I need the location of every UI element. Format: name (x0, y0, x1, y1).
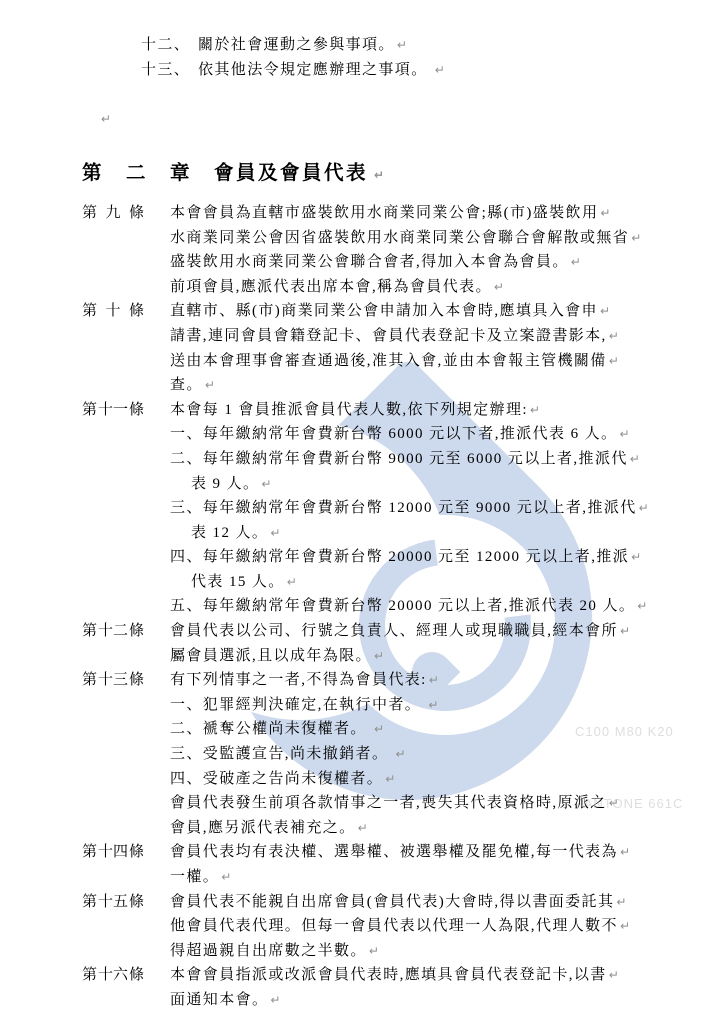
article-lines: 有下列情事之一者,不得為會員代表:↵一、犯罪經判決確定,在執行中者。 ↵二、褫奪… (170, 668, 705, 840)
document-content: 十二、關於社會運動之參與事項。↵十三、依其他法令規定應辦理之事項。 ↵ ↵ 第 … (0, 0, 705, 1013)
article: 第十五條會員代表不能親自出席會員(會員代表)大會時,得以書面委託其↵他會員代表代… (82, 890, 705, 964)
body-line: 面通知本會。↵ (170, 988, 705, 1013)
article-label: 第十六條 (82, 963, 144, 988)
body-line-text: 本會會員指派或改派會員代表時,應填具會員代表登記卡,以書 (170, 967, 607, 983)
articles-section: 第九條本會會員為直轄市盛裝飲用水商業同業公會;縣(市)盛裝飲用↵水商業同業公會因… (82, 201, 705, 1013)
return-mark-icon: ↵ (616, 895, 626, 909)
body-line: 本會會員為直轄市盛裝飲用水商業同業公會;縣(市)盛裝飲用↵ (170, 201, 705, 226)
article-lines: 直轄市、縣(市)商業同業公會申請加入本會時,應填具入會申↵請書,連同會員會籍登記… (170, 299, 705, 397)
body-line-text: 有下列情事之一者,不得為會員代表: (170, 672, 427, 688)
return-mark-icon: ↵ (620, 919, 630, 933)
body-line-text: 會員代表不能親自出席會員(會員代表)大會時,得以書面委託其 (170, 894, 614, 910)
article-lines: 會員代表不能親自出席會員(會員代表)大會時,得以書面委託其↵他會員代表代理。但每… (170, 890, 705, 964)
article-label-prefix: 第 (82, 398, 97, 423)
body-line-text: 查。 (170, 377, 203, 393)
return-mark-icon: ↵ (397, 38, 407, 52)
body-line-text: 表 9 人。 (191, 476, 259, 492)
body-line-text: 本會會員為直轄市盛裝飲用水商業同業公會;縣(市)盛裝飲用 (170, 205, 598, 221)
body-line-text: 會員代表發生前項各款情事之一者,喪失其代表資格時,原派之 (170, 795, 607, 811)
article-label-number: 十五 (98, 890, 128, 915)
body-line-text: 二、褫奪公權尚未復權者。 (170, 721, 372, 737)
article-label: 第十三條 (82, 668, 144, 693)
body-line: 一權。↵ (170, 865, 705, 890)
return-mark-icon: ↵ (630, 452, 640, 466)
preamble-item-number: 十二、 (141, 33, 198, 58)
article-label: 第十五條 (82, 890, 144, 915)
body-line: 一、犯罪經判決確定,在執行中者。 ↵ (170, 693, 705, 718)
return-mark-icon: ↵ (609, 968, 619, 982)
return-mark-icon: ↵ (600, 304, 610, 318)
body-line-text: 本會每 1 會員推派會員代表人數,依下列規定辦理: (170, 402, 528, 418)
return-mark-icon: ↵ (396, 747, 406, 761)
return-mark-icon: ↵ (571, 255, 581, 269)
preamble-item-number: 十三、 (141, 58, 198, 83)
body-line: 會員代表發生前項各款情事之一者,喪失其代表資格時,原派之↵ (170, 791, 705, 816)
return-mark-icon: ↵ (639, 501, 649, 515)
body-line-text: 一、每年繳納常年會費新台幣 6000 元以下者,推派代表 6 人。 (170, 426, 617, 442)
return-mark-icon: ↵ (600, 206, 610, 220)
document-page: C100 M80 K20 PANTONE 661C 十二、關於社會運動之參與事項… (0, 0, 705, 1030)
preamble-item: 十二、關於社會運動之參與事項。↵ (141, 33, 705, 58)
article-label-prefix: 第 (82, 668, 97, 693)
body-line-text: 二、每年繳納常年會費新台幣 9000 元至 6000 元以上者,推派代 (170, 451, 628, 467)
body-line: 二、每年繳納常年會費新台幣 9000 元至 6000 元以上者,推派代↵ (170, 447, 705, 472)
body-line: 送由本會理事會審查通過後,准其入會,並由本會報主管機關備↵ (170, 349, 705, 374)
return-mark-icon: ↵ (631, 231, 641, 245)
return-mark-icon: ↵ (270, 993, 280, 1007)
preamble-item-text: 關於社會運動之參與事項。 (198, 37, 395, 53)
article: 第十條直轄市、縣(市)商業同業公會申請加入本會時,應填具入會申↵請書,連同會員會… (82, 299, 705, 397)
body-line-text: 會員代表以公司、行號之負責人、經理人或現職職員,經本會所 (170, 623, 618, 639)
body-line: 三、每年繳納常年會費新台幣 12000 元至 9000 元以上者,推派代↵ (170, 496, 705, 521)
body-line: 代表 15 人。↵ (191, 570, 705, 595)
body-line-text: 三、每年繳納常年會費新台幣 12000 元至 9000 元以上者,推派代 (170, 500, 637, 516)
return-mark-icon: ↵ (374, 649, 384, 663)
article-lines: 會員代表均有表決權、選舉權、被選舉權及罷免權,每一代表為↵一權。↵ (170, 840, 705, 889)
body-line-text: 面通知本會。 (170, 992, 268, 1008)
preamble-list: 十二、關於社會運動之參與事項。↵十三、依其他法令規定應辦理之事項。 ↵ (82, 33, 705, 82)
body-line-text: 屬會員選派,且以成年為限。 (170, 648, 372, 664)
body-line: 四、受破產之告尚未復權者。↵ (170, 767, 705, 792)
return-mark-icon: ↵ (270, 526, 280, 540)
article: 第十三條有下列情事之一者,不得為會員代表:↵一、犯罪經判決確定,在執行中者。 ↵… (82, 668, 705, 840)
article-label-suffix: 條 (129, 398, 144, 423)
body-line-text: 一、犯罪經判決確定,在執行中者。 (170, 697, 426, 713)
body-line: 本會會員指派或改派會員代表時,應填具會員代表登記卡,以書↵ (170, 963, 705, 988)
article-label-prefix: 第 (82, 299, 97, 324)
body-line: 會員代表均有表決權、選舉權、被選舉權及罷免權,每一代表為↵ (170, 840, 705, 865)
return-mark-icon: ↵ (530, 403, 540, 417)
article-label-prefix: 第 (82, 890, 97, 915)
body-line: 二、褫奪公權尚未復權者。 ↵ (170, 717, 705, 742)
article-label: 第十一條 (82, 398, 144, 423)
return-mark-icon: ↵ (428, 698, 438, 712)
body-line: 會員代表不能親自出席會員(會員代表)大會時,得以書面委託其↵ (170, 890, 705, 915)
article-lines: 會員代表以公司、行號之負責人、經理人或現職職員,經本會所↵屬會員選派,且以成年為… (170, 619, 705, 668)
body-line-text: 四、每年繳納常年會費新台幣 20000 元至 12000 元以上者,推派 (170, 549, 629, 565)
return-mark-icon: ↵ (609, 354, 619, 368)
return-mark-icon: ↵ (435, 63, 445, 77)
return-mark-icon: ↵ (374, 722, 384, 736)
article-label-number: 十一 (98, 398, 128, 423)
body-line-text: 得超過親自出席數之半數。 (170, 943, 367, 959)
article-label-suffix: 條 (129, 619, 144, 644)
body-line: 本會每 1 會員推派會員代表人數,依下列規定辦理:↵ (170, 398, 705, 423)
return-mark-icon: ↵ (631, 550, 641, 564)
return-mark-icon: ↵ (609, 329, 619, 343)
article: 第九條本會會員為直轄市盛裝飲用水商業同業公會;縣(市)盛裝飲用↵水商業同業公會因… (82, 201, 705, 299)
article-lines: 本會每 1 會員推派會員代表人數,依下列規定辦理:↵一、每年繳納常年會費新台幣 … (170, 398, 705, 619)
body-line: 有下列情事之一者,不得為會員代表:↵ (170, 668, 705, 693)
return-mark-icon: ↵ (221, 870, 231, 884)
article: 第十六條本會會員指派或改派會員代表時,應填具會員代表登記卡,以書↵面通知本會。↵ (82, 963, 705, 1012)
body-line: 請書,連同會員會籍登記卡、會員代表登記卡及立案證書影本,↵ (170, 324, 705, 349)
article-label-number: 十六 (98, 963, 128, 988)
return-mark-icon: ↵ (620, 845, 630, 859)
body-line: 表 12 人。↵ (191, 521, 705, 546)
return-mark-icon: ↵ (637, 599, 647, 613)
chapter-heading: 第 二 章 會員及會員代表↵ (82, 159, 705, 190)
body-line-text: 盛裝飲用水商業同業公會聯合會者,得加入本會為會員。 (170, 254, 569, 270)
chapter-heading-text: 第 二 章 會員及會員代表 (82, 163, 368, 184)
empty-paragraph: ↵ (68, 82, 705, 156)
article-label: 第十二條 (82, 619, 144, 644)
body-line: 會員,應另派代表補充之。↵ (170, 816, 705, 841)
body-line: 查。↵ (170, 373, 705, 398)
article-label-number: 九 (105, 201, 120, 226)
preamble-item-text: 依其他法令規定應辦理之事項。 (198, 62, 433, 78)
return-mark-icon: ↵ (374, 168, 384, 182)
body-line: 水商業同業公會因省盛裝飲用水商業同業公會聯合會解散或無省↵ (170, 226, 705, 251)
article-label: 第九條 (82, 201, 144, 226)
article-label-number: 十三 (98, 668, 128, 693)
body-line: 前項會員,應派代表出席本會,稱為會員代表。↵ (170, 275, 705, 300)
article-label-number: 十四 (98, 840, 128, 865)
body-line: 盛裝飲用水商業同業公會聯合會者,得加入本會為會員。↵ (170, 250, 705, 275)
article-label-suffix: 條 (129, 963, 144, 988)
article-label-number: 十二 (98, 619, 128, 644)
article-label-prefix: 第 (82, 963, 97, 988)
article-label-prefix: 第 (82, 840, 97, 865)
body-line-text: 一權。 (170, 869, 219, 885)
article-label-suffix: 條 (129, 201, 144, 226)
body-line: 五、每年繳納常年會費新台幣 20000 元以上者,推派代表 20 人。↵ (170, 594, 705, 619)
body-line: 他會員代表代理。但每一會員代表以代理一人為限,代理人數不↵ (170, 914, 705, 939)
body-line: 一、每年繳納常年會費新台幣 6000 元以下者,推派代表 6 人。↵ (170, 422, 705, 447)
article-label-prefix: 第 (82, 619, 97, 644)
article: 第十二條會員代表以公司、行號之負責人、經理人或現職職員,經本會所↵屬會員選派,且… (82, 619, 705, 668)
return-mark-icon: ↵ (609, 796, 619, 810)
return-mark-icon: ↵ (101, 112, 111, 126)
return-mark-icon: ↵ (494, 280, 504, 294)
article-lines: 本會會員指派或改派會員代表時,應填具會員代表登記卡,以書↵面通知本會。↵ (170, 963, 705, 1012)
article: 第十一條本會每 1 會員推派會員代表人數,依下列規定辦理:↵一、每年繳納常年會費… (82, 398, 705, 619)
article-label-suffix: 條 (129, 668, 144, 693)
body-line: 表 9 人。↵ (191, 472, 705, 497)
body-line-text: 他會員代表代理。但每一會員代表以代理一人為限,代理人數不 (170, 918, 618, 934)
body-line: 屬會員選派,且以成年為限。↵ (170, 644, 705, 669)
article-label-suffix: 條 (129, 890, 144, 915)
article-label-number: 十 (105, 299, 120, 324)
body-line: 直轄市、縣(市)商業同業公會申請加入本會時,應填具入會申↵ (170, 299, 705, 324)
body-line-text: 水商業同業公會因省盛裝飲用水商業同業公會聯合會解散或無省 (170, 230, 629, 246)
article-lines: 本會會員為直轄市盛裝飲用水商業同業公會;縣(市)盛裝飲用↵水商業同業公會因省盛裝… (170, 201, 705, 299)
body-line-text: 直轄市、縣(市)商業同業公會申請加入本會時,應填具入會申 (170, 303, 598, 319)
body-line: 三、受監護宣告,尚未撤銷者。 ↵ (170, 742, 705, 767)
return-mark-icon: ↵ (385, 772, 395, 786)
article-label: 第十條 (82, 299, 144, 324)
return-mark-icon: ↵ (287, 575, 297, 589)
body-line: 得超過親自出席數之半數。↵ (170, 939, 705, 964)
article-label-prefix: 第 (82, 201, 97, 226)
preamble-item: 十三、依其他法令規定應辦理之事項。 ↵ (141, 58, 705, 83)
body-line: 會員代表以公司、行號之負責人、經理人或現職職員,經本會所↵ (170, 619, 705, 644)
body-line-text: 前項會員,應派代表出席本會,稱為會員代表。 (170, 279, 492, 295)
body-line-text: 三、受監護宣告,尚未撤銷者。 (170, 746, 394, 762)
body-line-text: 四、受破產之告尚未復權者。 (170, 771, 383, 787)
body-line-text: 代表 15 人。 (191, 574, 285, 590)
body-line: 四、每年繳納常年會費新台幣 20000 元至 12000 元以上者,推派↵ (170, 545, 705, 570)
return-mark-icon: ↵ (619, 427, 629, 441)
body-line-text: 會員代表均有表決權、選舉權、被選舉權及罷免權,每一代表為 (170, 844, 618, 860)
article-label-suffix: 條 (129, 299, 144, 324)
body-line-text: 送由本會理事會審查通過後,准其入會,並由本會報主管機關備 (170, 353, 607, 369)
body-line-text: 五、每年繳納常年會費新台幣 20000 元以上者,推派代表 20 人。 (170, 598, 635, 614)
return-mark-icon: ↵ (358, 821, 368, 835)
body-line-text: 請書,連同會員會籍登記卡、會員代表登記卡及立案證書影本, (170, 328, 607, 344)
body-line-text: 會員,應另派代表補充之。 (170, 820, 356, 836)
return-mark-icon: ↵ (620, 624, 630, 638)
article: 第十四條會員代表均有表決權、選舉權、被選舉權及罷免權,每一代表為↵一權。↵ (82, 840, 705, 889)
body-line-text: 表 12 人。 (191, 525, 268, 541)
return-mark-icon: ↵ (261, 477, 271, 491)
return-mark-icon: ↵ (429, 673, 439, 687)
article-label: 第十四條 (82, 840, 144, 865)
article-label-suffix: 條 (129, 840, 144, 865)
return-mark-icon: ↵ (205, 378, 215, 392)
return-mark-icon: ↵ (369, 944, 379, 958)
